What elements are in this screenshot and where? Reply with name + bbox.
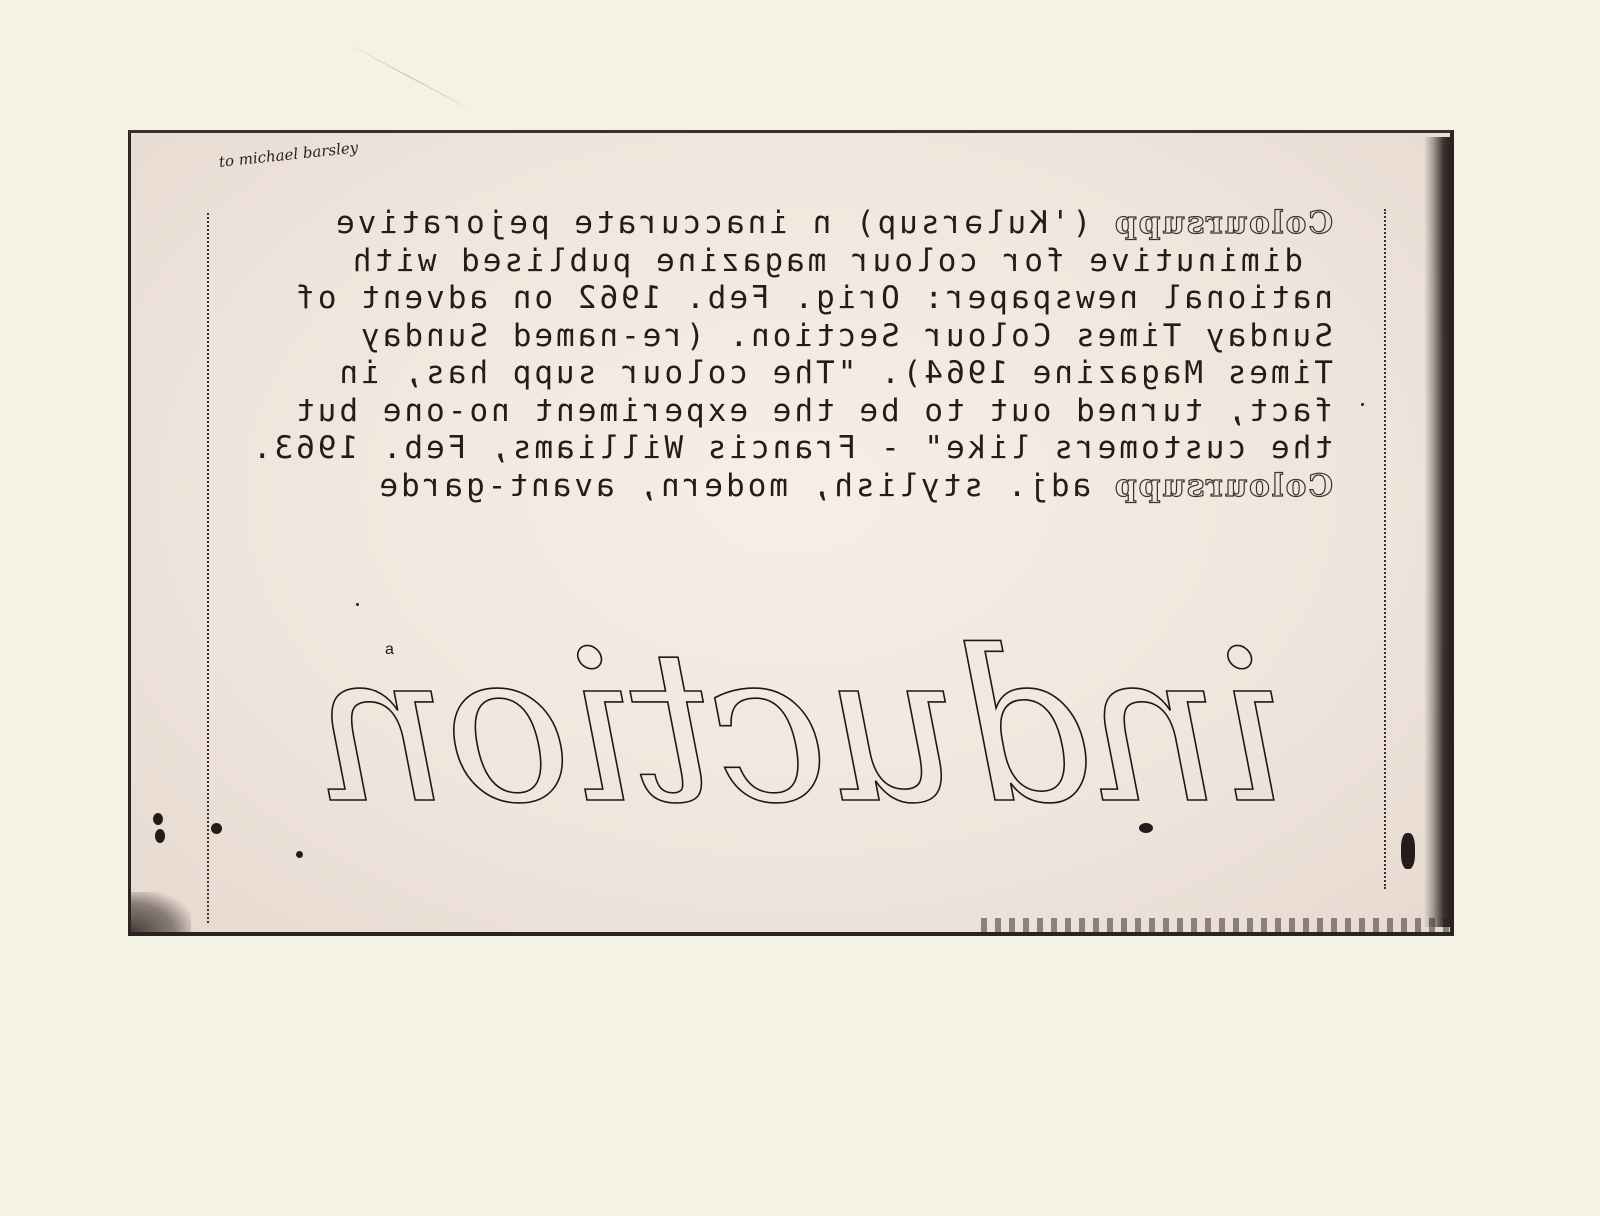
definition-line: national newspaper: Orig. Feb. 1962 on a…	[223, 280, 1333, 318]
dotted-margin-right	[1384, 209, 1386, 889]
etching-plate: to michael barsley Coloursupp ('Kulərsup…	[128, 130, 1454, 936]
ink-speck	[1139, 823, 1153, 833]
large-word: induction	[318, 623, 1285, 833]
definition-line: fact, turned out to be the experiment no…	[223, 393, 1333, 431]
definition-line: Coloursupp ('Kulərsup) n inaccurate pejo…	[223, 205, 1333, 243]
ink-speck	[296, 851, 303, 858]
definition-line: diminutive for colour magazine publised …	[223, 243, 1333, 281]
headword: Coloursupp	[1113, 468, 1333, 504]
definition-line: Times Magazine 1964). "The colour supp h…	[223, 355, 1333, 393]
headword: Coloursupp	[1113, 205, 1333, 241]
paper-scratch	[345, 42, 478, 113]
ink-speck	[155, 829, 165, 843]
ink-speck	[1361, 403, 1364, 406]
definition-line: the customers like" - Francis Williams, …	[223, 430, 1333, 468]
dedication-inscription: to michael barsley	[218, 138, 359, 171]
plate-corner-wear	[131, 892, 191, 932]
plate-edge-shadow	[1424, 137, 1450, 927]
definition-line: Coloursupp adj. stylish, modern, avant-g…	[223, 468, 1333, 506]
definition-line: Sunday Times Colour Section. (re-named S…	[223, 318, 1333, 356]
ink-speck	[1401, 833, 1415, 869]
large-script-word: induction	[271, 603, 1331, 833]
ink-speck	[356, 603, 359, 606]
ink-speck	[153, 813, 163, 825]
dotted-margin-left	[207, 213, 209, 923]
ink-speck	[211, 823, 222, 834]
plate-bottom-grime	[981, 918, 1451, 932]
mirrored-definition-text: Coloursupp ('Kulərsup) n inaccurate pejo…	[223, 205, 1333, 505]
